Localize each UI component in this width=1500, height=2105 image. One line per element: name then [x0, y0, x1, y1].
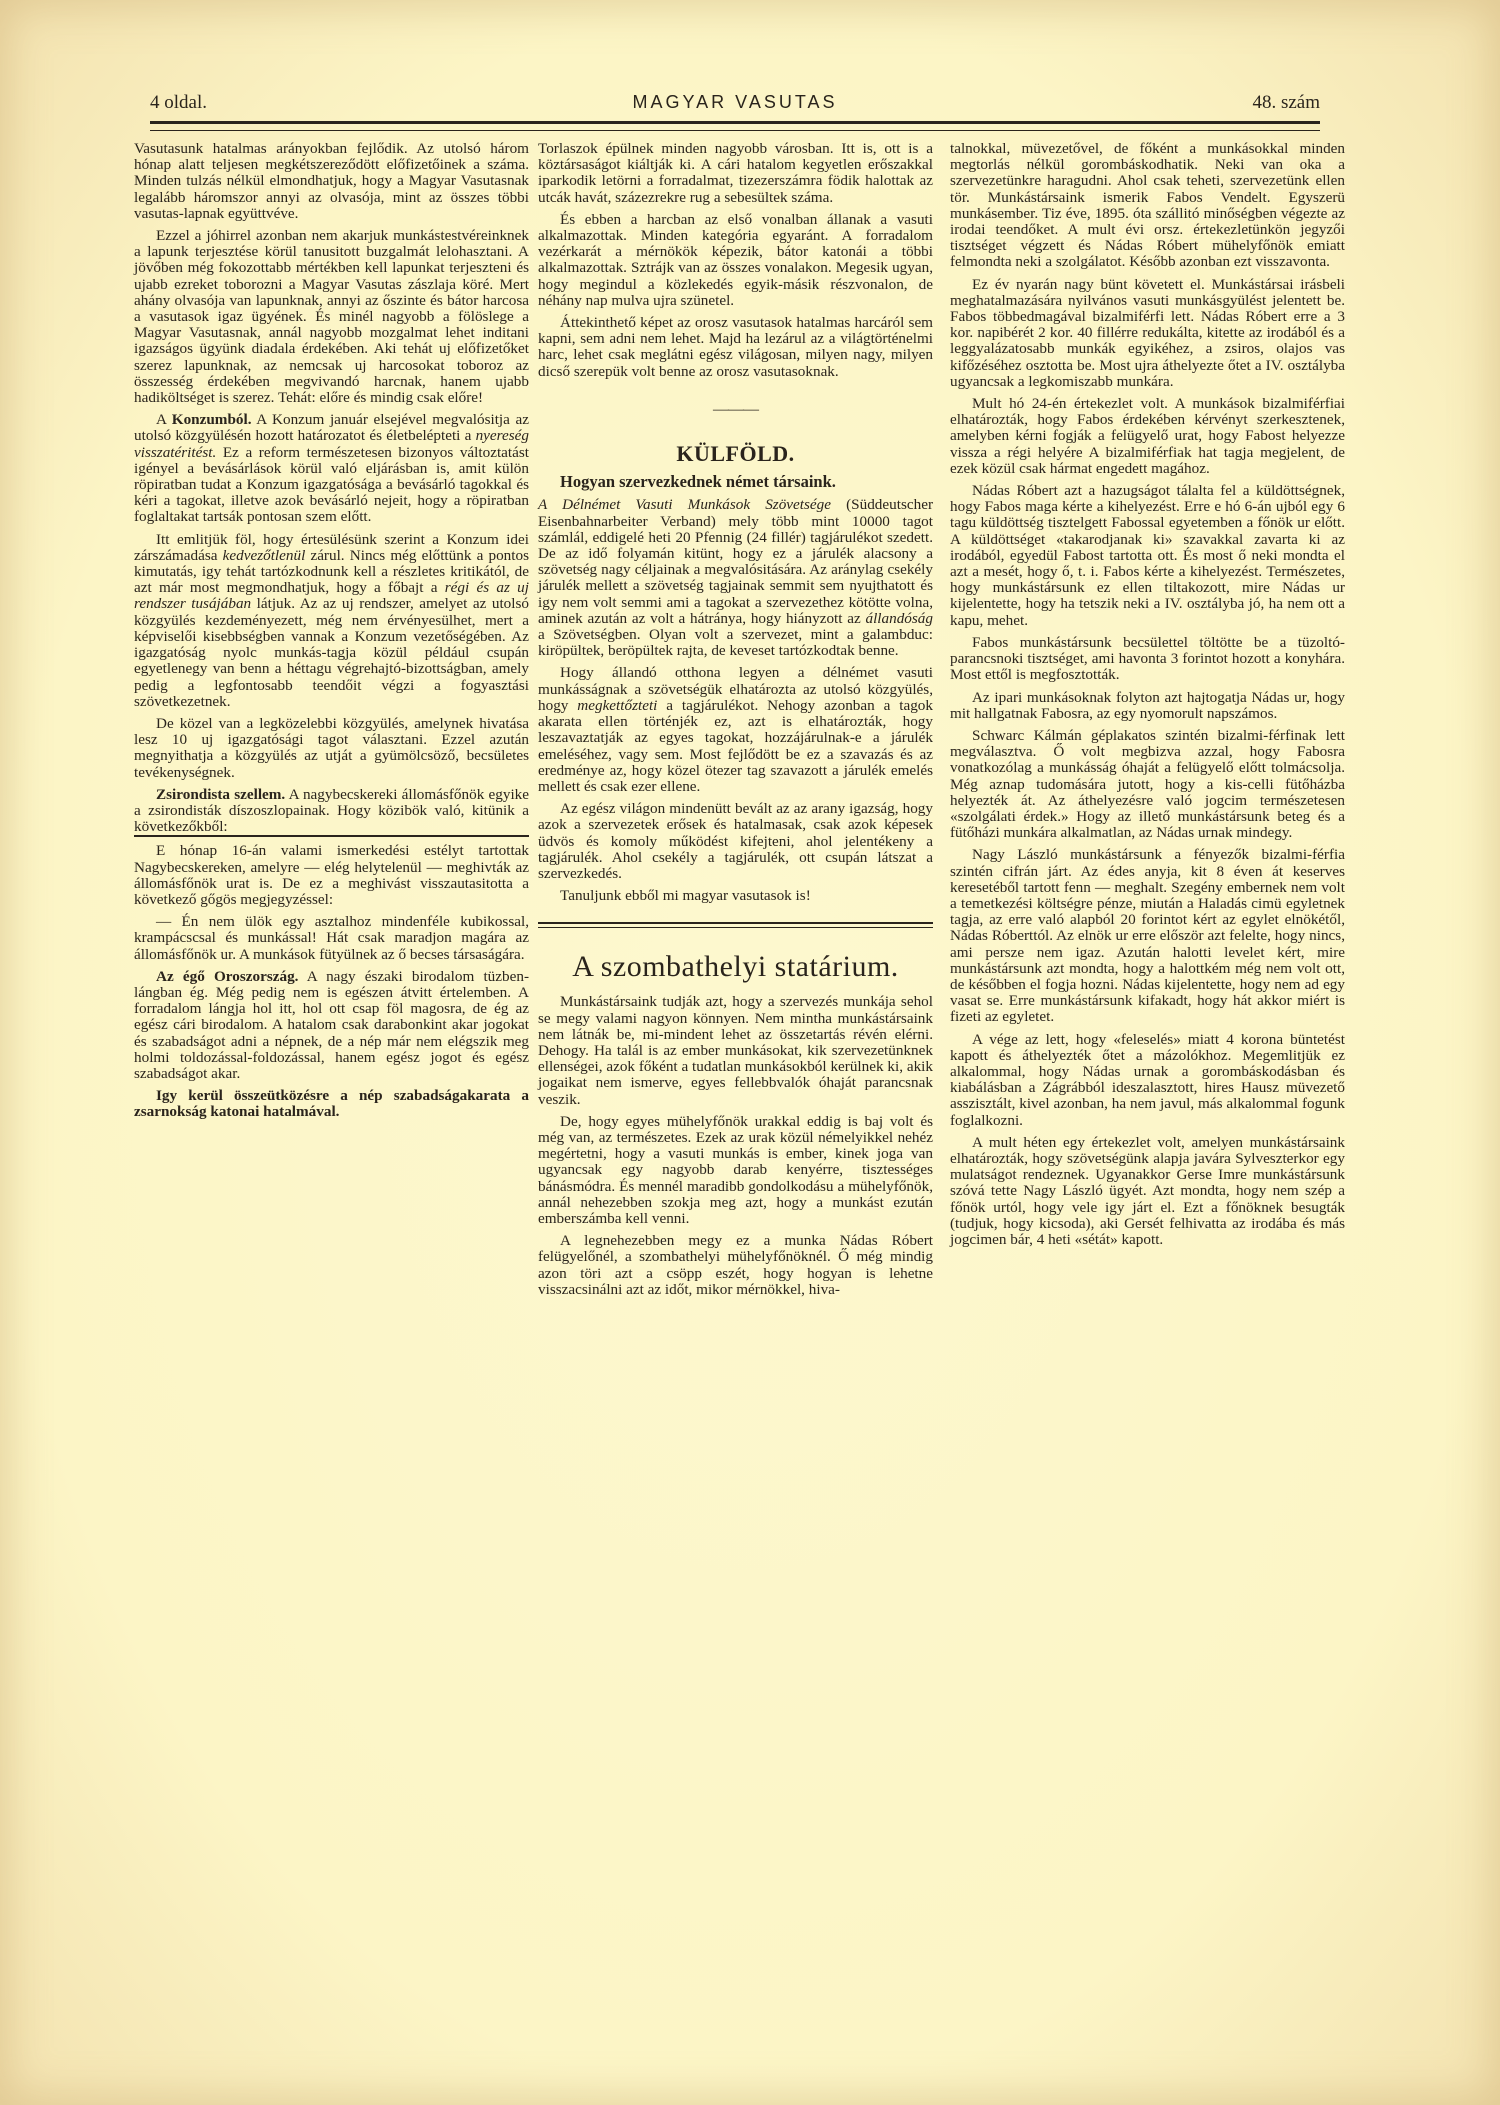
- paragraph: — Én nem ülök egy asztalhoz mindenféle k…: [134, 914, 529, 963]
- paragraph: Nagy László munkástársunk a fényezők biz…: [950, 847, 1345, 1025]
- paragraph: A Délnémet Vasuti Munkások Szövetsége (S…: [538, 497, 933, 659]
- subhead-oroszorszag: Az égő Oroszország.: [156, 968, 298, 985]
- paragraph: Torlaszok épülnek minden nagyobb városba…: [538, 141, 933, 206]
- paragraph: A vége az lett, hogy «feleselés» miatt 4…: [950, 1032, 1345, 1129]
- page-header: 4 oldal. MAGYAR VASUTAS 48. szám: [150, 92, 1320, 116]
- paragraph: Tanuljunk ebből mi magyar vasutasok is!: [538, 888, 933, 904]
- paragraph: Ezzel a jóhirrel azonban nem akarjuk mun…: [134, 228, 529, 406]
- paragraph: Igy kerül összeütközésre a nép szabadság…: [134, 1088, 529, 1120]
- paragraph: Az ipari munkásoknak folyton azt hajtoga…: [950, 690, 1345, 722]
- publication-title: MAGYAR VASUTAS: [150, 92, 1320, 113]
- paragraph: Ez év nyarán nagy bünt követett el. Munk…: [950, 277, 1345, 390]
- section-title-kulfold: KÜLFÖLD.: [538, 446, 933, 462]
- section-separator: ———: [538, 402, 933, 418]
- paragraph: Az egész világon mindenütt bevált az az …: [538, 801, 933, 882]
- issue-number: 48. szám: [1252, 92, 1320, 114]
- column-3: talnokkal, müvezetővel, de főként a munk…: [950, 141, 1345, 1254]
- column-2: Torlaszok épülnek minden nagyobb városba…: [538, 141, 933, 1304]
- paragraph: Mult hó 24-én értekezlet volt. A munkáso…: [950, 396, 1345, 477]
- paragraph: Vasutasunk hatalmas arányokban fejlődik.…: [134, 141, 529, 222]
- paragraph: A legnehezebben megy ez a munka Nádas Ró…: [538, 1233, 933, 1298]
- subhead-konzum: Konzumból.: [172, 411, 252, 428]
- article-divider: [538, 922, 933, 928]
- paragraph: De, hogy egyes mühelyfőnök urakkal eddig…: [538, 1114, 933, 1227]
- paragraph: talnokkal, müvezetővel, de főként a munk…: [950, 141, 1345, 271]
- paragraph: Itt emlitjük föl, hogy értesülésünk szer…: [134, 532, 529, 710]
- paragraph-oroszorszag: Az égő Oroszország. A nagy északi biroda…: [134, 969, 529, 1082]
- paragraph: A mult héten egy értekezlet volt, amelye…: [950, 1135, 1345, 1248]
- paragraph: És ebben a harcban az első vonalban álla…: [538, 212, 933, 309]
- paragraph: De közel van a legközelebbi közgyülés, a…: [134, 716, 529, 781]
- paragraph: Fabos munkástársunk becsülettel töltötte…: [950, 635, 1345, 684]
- paragraph: Schwarc Kálmán géplakatos szintén bizalm…: [950, 728, 1345, 841]
- subhead-nemet-tarsaink: Hogyan szervezkednek német társaink.: [538, 474, 933, 491]
- paragraph: E hónap 16-án valami ismerkedési estélyt…: [134, 843, 529, 908]
- paragraph-zsirondista: Zsirondista szellem. A nagybecskereki ál…: [134, 787, 529, 838]
- header-double-rule: [150, 121, 1320, 131]
- paragraph: Hogy állandó otthona legyen a délnémet v…: [538, 665, 933, 795]
- article-title-szombathelyi: A szombathelyi statárium.: [538, 950, 933, 984]
- subhead-zsirondista: Zsirondista szellem.: [156, 786, 285, 803]
- newspaper-page: 4 oldal. MAGYAR VASUTAS 48. szám Vasutas…: [0, 0, 1500, 2105]
- paragraph: Munkástársaink tudják azt, hogy a szerve…: [538, 994, 933, 1107]
- paragraph: Áttekinthető képet az orosz vasutasok ha…: [538, 315, 933, 380]
- paragraph: Nádas Róbert azt a hazugságot tálalta fe…: [950, 483, 1345, 629]
- paragraph-konzum: A Konzumból. A Konzum január elsejével m…: [134, 412, 529, 525]
- column-1: Vasutasunk hatalmas arányokban fejlődik.…: [134, 141, 529, 1127]
